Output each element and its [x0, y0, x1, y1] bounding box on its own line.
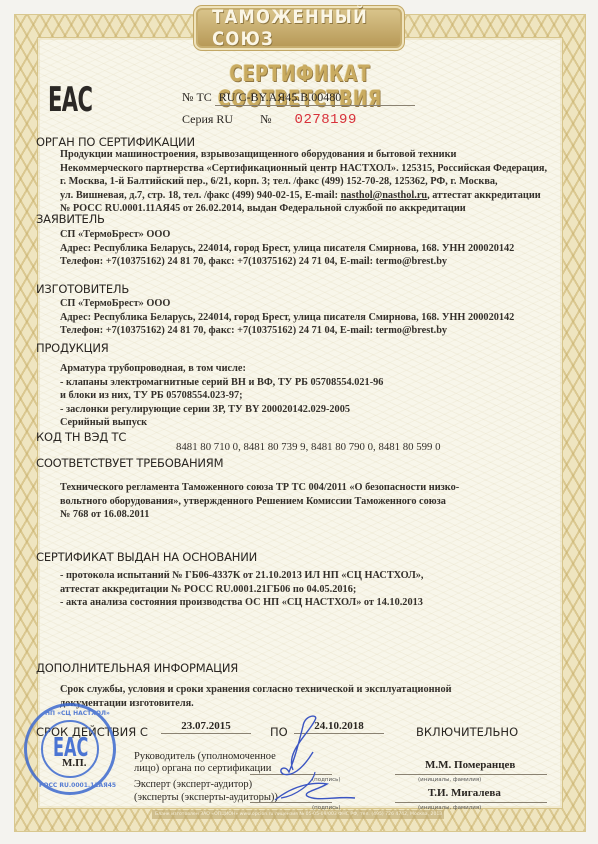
- certification-body-heading: ОРГАН ПО СЕРТИФИКАЦИИ: [36, 135, 195, 149]
- hs-code-heading: КОД ТН ВЭД ТС: [36, 430, 126, 444]
- contact-suffix: , аттестат аккредитации: [427, 190, 541, 201]
- requirements-line: Технического регламента Таможенного союз…: [60, 481, 568, 495]
- applicant-text: СП «ТермоБрест» ООО Адрес: Республика Бе…: [60, 228, 568, 269]
- products-heading: ПРОДУКЦИЯ: [36, 341, 109, 355]
- products-text: Арматура трубопроводная, в том числе: - …: [60, 362, 568, 430]
- hs-code-text: 8481 80 710 0, 8481 80 739 9, 8481 80 79…: [176, 441, 568, 455]
- head-label-line1: Руководитель (уполномоченное: [134, 751, 276, 762]
- basis-text: - протокола испытаний № ГБ06-4337К от 21…: [60, 569, 568, 610]
- certification-body-text: Продукции машиностроения, взрывозащищенн…: [60, 148, 568, 216]
- applicant-contacts: Телефон: +7(10375162) 24 81 70, факс: +7…: [60, 255, 568, 269]
- basis-heading: СЕРТИФИКАТ ВЫДАН НА ОСНОВАНИИ: [36, 550, 257, 564]
- head-signature-caption: (подпись): [312, 777, 341, 783]
- additional-info-line: документации изготовителя.: [60, 697, 568, 711]
- basis-line: - акта анализа состояния производства ОС…: [60, 596, 568, 610]
- stamp-top-text: НП «СЦ НАСТХОЛ»: [45, 710, 110, 717]
- head-signature-line: [250, 774, 332, 775]
- certification-stamp: НП «СЦ НАСТХОЛ» ЕАС РОСС RU.0001.11АЯ45: [24, 703, 116, 795]
- products-line: и блоки из них, ТУ РБ 05708554.023-97;: [60, 389, 568, 403]
- additional-info-heading: ДОПОЛНИТЕЛЬНАЯ ИНФОРМАЦИЯ: [36, 661, 238, 675]
- products-line: Арматура трубопроводная, в том числе:: [60, 362, 568, 376]
- certification-body-line: ул. Вишневая, д.7, стр. 18, тел. /факс (…: [60, 189, 568, 203]
- validity-to-label: ПО: [270, 725, 288, 739]
- certification-body-line: № РОСС RU.0001.11АЯ45 от 26.02.2014, выд…: [60, 202, 568, 216]
- applicant-name: СП «ТермоБрест» ООО: [60, 228, 568, 242]
- basis-line: аттестат аккредитации № РОСС RU.0001.21Г…: [60, 583, 568, 597]
- head-label-line2: лицо) органа по сертификации: [134, 763, 271, 774]
- requirements-line: № 768 от 16.08.2011: [60, 508, 568, 522]
- registration-number-row: № ТС RU C-BY.АЯ45.В.00480: [182, 90, 415, 106]
- expert-name: Т.И. Мигалева: [428, 787, 501, 799]
- series-row: Серия RU № 0278199: [182, 112, 357, 128]
- customs-union-title: ТАМОЖЕННЫЙ СОЮЗ: [212, 6, 386, 50]
- certification-body-line: г. Москва, 1-й Балтийский пер., 6/21, ко…: [60, 175, 568, 189]
- certification-body-line: Продукции машиностроения, взрывозащищенн…: [60, 148, 568, 162]
- hs-code-value: 8481 80 710 0, 8481 80 739 9, 8481 80 79…: [176, 441, 568, 455]
- validity-to-date: 24.10.2018: [294, 720, 384, 734]
- head-name-caption: (инициалы, фамилия): [418, 777, 481, 783]
- registration-number-label: № ТС: [182, 90, 212, 104]
- requirements-text: Технического регламента Таможенного союз…: [60, 481, 568, 522]
- registration-number: RU C-BY.АЯ45.В.00480: [215, 90, 415, 106]
- products-line: Серийный выпуск: [60, 416, 568, 430]
- eac-mark-icon: ЕАС: [48, 80, 92, 120]
- applicant-address: Адрес: Республика Беларусь, 224014, горо…: [60, 242, 568, 256]
- series-label: Серия: [182, 112, 213, 126]
- requirements-line: вольтного оборудования», утвержденного Р…: [60, 495, 568, 509]
- products-line: - заслонки регулирующие серии ЗР, ТУ BY …: [60, 403, 568, 417]
- expert-name-line: [395, 802, 547, 803]
- basis-line: - протокола испытаний № ГБ06-4337К от 21…: [60, 569, 568, 583]
- requirements-heading: СООТВЕТСТВУЕТ ТРЕБОВАНИЯМ: [36, 456, 223, 470]
- seal-place-label: М.П.: [62, 757, 86, 769]
- manufacturer-name: СП «ТермоБрест» ООО: [60, 297, 568, 311]
- head-name: М.М. Померанцев: [425, 759, 515, 771]
- blank-number-label: №: [260, 112, 271, 126]
- validity-from-date: 23.07.2015: [161, 720, 251, 734]
- validity-inclusive-label: ВКЛЮЧИТЕЛЬНО: [416, 725, 518, 739]
- validity-row: СРОК ДЕЙСТВИЯ С 23.07.2015 ПО 24.10.2018…: [36, 725, 576, 745]
- series-value: RU: [216, 112, 233, 126]
- head-name-line: [395, 774, 547, 775]
- additional-info-text: Срок службы, условия и сроки хранения со…: [60, 683, 568, 710]
- certification-body-line: Некоммерческого партнерства «Сертификаци…: [60, 162, 568, 176]
- expert-signature-line: [250, 802, 332, 803]
- applicant-heading: ЗАЯВИТЕЛЬ: [36, 212, 105, 226]
- manufacturer-address: Адрес: Республика Беларусь, 224014, горо…: [60, 311, 568, 325]
- manufacturer-heading: ИЗГОТОВИТЕЛЬ: [36, 282, 129, 296]
- additional-info-line: Срок службы, условия и сроки хранения со…: [60, 683, 568, 697]
- stamp-bottom-text: РОСС RU.0001.11АЯ45: [39, 782, 116, 789]
- manufacturer-text: СП «ТермоБрест» ООО Адрес: Республика Бе…: [60, 297, 568, 338]
- manufacturer-contacts: Телефон: +7(10375162) 24 81 70, факс: +7…: [60, 324, 568, 338]
- certification-body-email-link[interactable]: nasthol@nasthol.ru: [341, 190, 428, 201]
- contact-prefix: ул. Вишневая, д.7, стр. 18, тел. /факс (…: [60, 190, 341, 201]
- products-line: - клапаны электромагнитные серий ВН и ВФ…: [60, 376, 568, 390]
- blank-number: 0278199: [295, 112, 357, 128]
- printer-imprint: Бланк изготовлен ЗАО «ОПЦИОН» www.opcion…: [152, 810, 444, 819]
- expert-label-line1: Эксперт (эксперт-аудитор): [134, 779, 252, 790]
- customs-union-banner: ТАМОЖЕННЫЙ СОЮЗ: [196, 8, 402, 48]
